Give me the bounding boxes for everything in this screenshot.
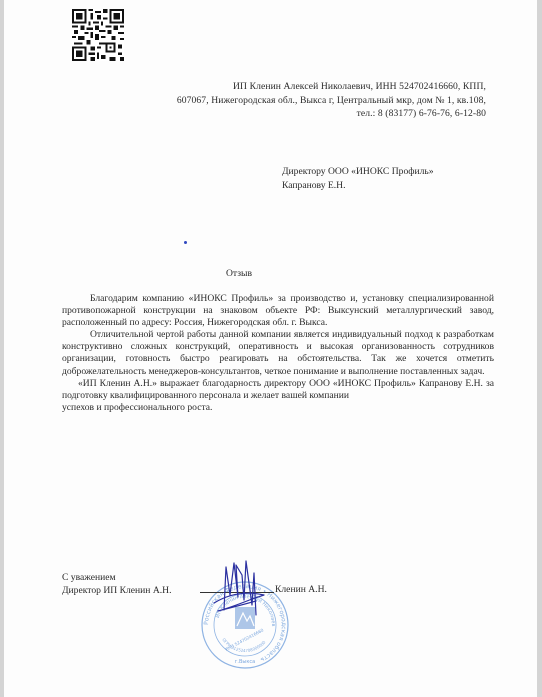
paragraph-gratitude: Благодарим компанию «ИНОКС Профиль» за п… <box>62 293 494 329</box>
closing-position: Директор ИП Кленин А.Н. <box>62 584 171 597</box>
sender-name-line: ИП Кленин Алексей Николаевич, ИНН 524702… <box>86 80 486 94</box>
stamp-city: г.Выкса <box>235 659 255 665</box>
sender-address-line: 607067, Нижегородская обл., Выкса г, Цен… <box>86 94 486 108</box>
recipient-block: Директору ООО «ИНОКС Профиль» Капранову … <box>282 165 434 192</box>
document-page: ИП Кленин Алексей Николаевич, ИНН 524702… <box>4 0 537 697</box>
document-title: Отзыв <box>226 268 252 279</box>
paragraph-wishes: успехов и профессионального роста. <box>62 402 494 414</box>
letter-body: Благодарим компанию «ИНОКС Профиль» за п… <box>62 293 494 414</box>
sender-phone-line: тел.: 8 (83177) 6-76-76, 6-12-80 <box>86 107 486 121</box>
handwritten-signature-icon <box>212 555 272 625</box>
paragraph-thanks: «ИП Кленин А.Н.» выражает благодарность … <box>62 378 494 402</box>
qr-code-icon <box>72 9 124 61</box>
sender-header: ИП Кленин Алексей Николаевич, ИНН 524702… <box>86 80 486 121</box>
ink-dot <box>184 241 187 244</box>
paragraph-features: Отличительной чертой работы данной компа… <box>62 329 494 377</box>
closing-block: С уважением Директор ИП Кленин А.Н. <box>62 571 171 597</box>
signer-name: Кленин А.Н. <box>275 584 327 595</box>
closing-regards: С уважением <box>62 571 171 584</box>
recipient-name: Капранову Е.Н. <box>282 179 434 193</box>
recipient-position: Директору ООО «ИНОКС Профиль» <box>282 165 434 179</box>
